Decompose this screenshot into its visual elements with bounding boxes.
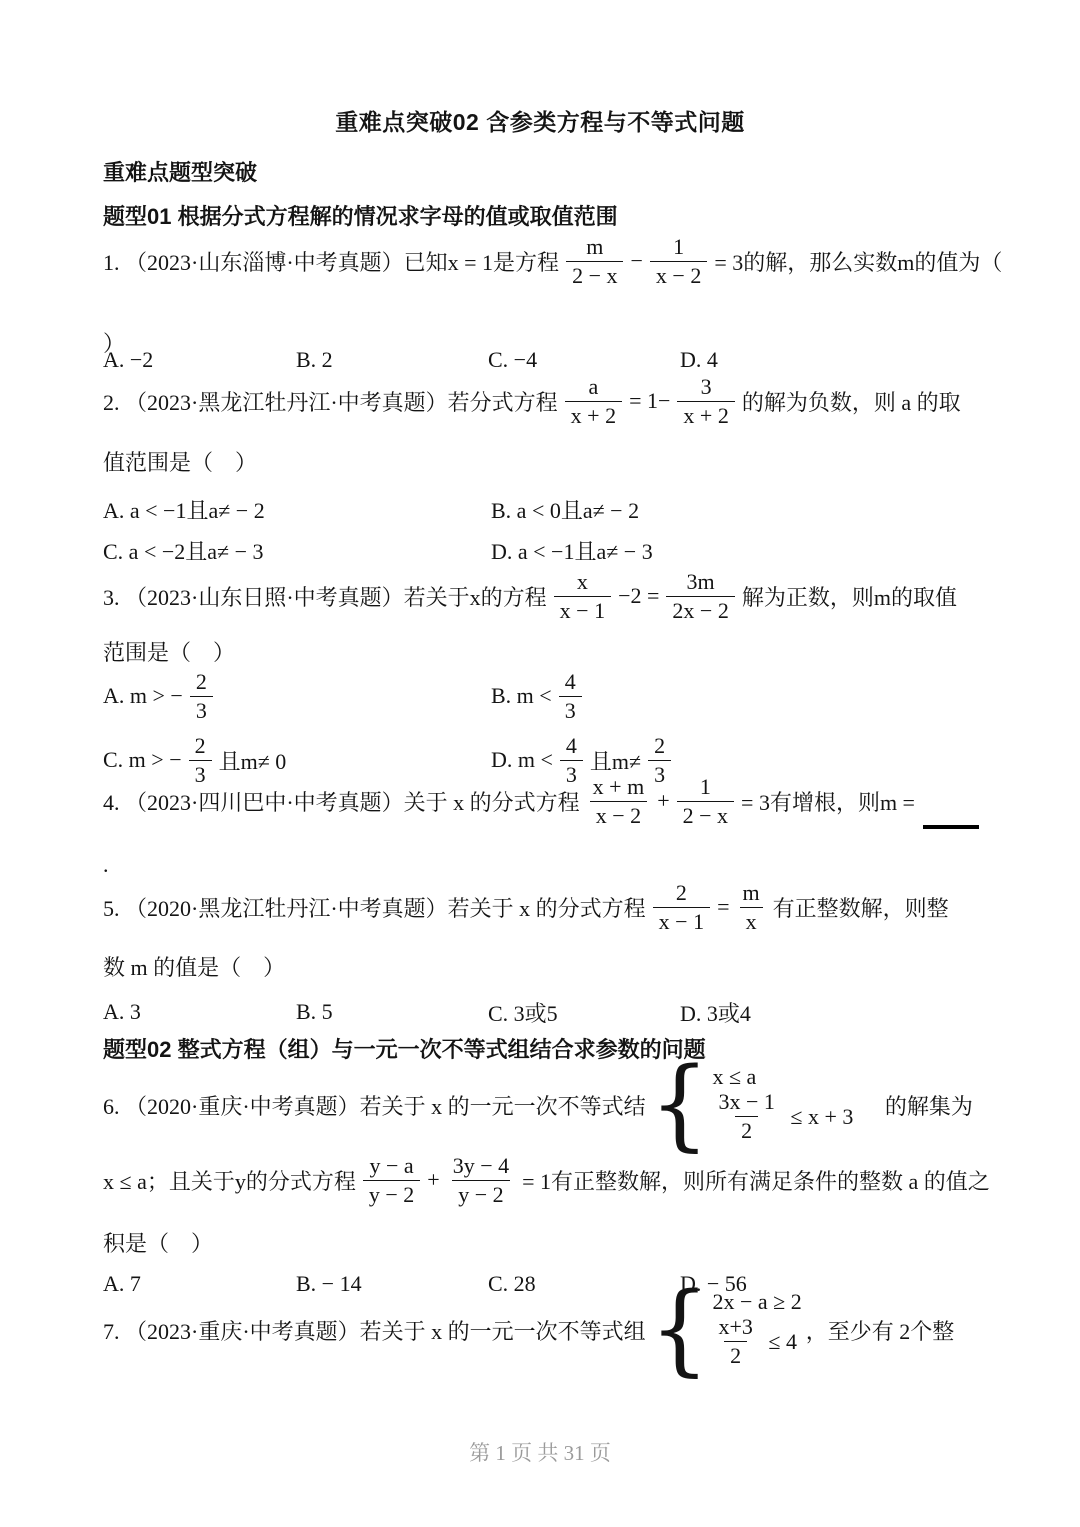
fraction-denominator: x + 2 [565, 401, 622, 430]
fraction-numerator: 3 [695, 373, 718, 401]
option-c: C. a < −2且a≠ − 3 [103, 535, 264, 565]
fraction-numerator: x + m [587, 773, 651, 801]
q2-operator: = 1− [629, 388, 670, 414]
option-d: D. 3或4 [680, 997, 751, 1027]
q7-text-1: 7. （2023·重庆·中考真题）若关于 x 的一元一次不等式组 [103, 1315, 646, 1346]
system-rows: x ≤ a 3x − 12 ≤ x + 3 [712, 1065, 853, 1145]
fraction-denominator: x [740, 907, 763, 936]
fraction-numerator: x+3 [712, 1313, 758, 1341]
option-a: A. 3 [103, 997, 141, 1027]
question-5-line-1: 5. （2020·黑龙江牡丹江·中考真题）若关于 x 的分式方程 2x − 1 … [103, 879, 949, 936]
q5-operator: = [717, 894, 729, 920]
page-title: 重难点突破02 含参类方程与不等式问题 [0, 104, 1080, 137]
q6-inequality-system: { x ≤ a 3x − 12 ≤ x + 3 [650, 1063, 854, 1148]
question-7-line-1: 7. （2023·重庆·中考真题）若关于 x 的一元一次不等式组 { 2x − … [103, 1288, 954, 1373]
q5-fraction-2: mx [737, 879, 766, 936]
system-row-2-text: ≤ 4 [763, 1330, 797, 1353]
option-d-text: D. m < [491, 747, 553, 773]
question-5-options: A. 3 B. 5 C. 3或5 D. 3或4 [103, 997, 1020, 1027]
fraction-denominator: x + 2 [677, 401, 734, 430]
fraction-numerator: 3y − 4 [447, 1152, 515, 1180]
q4-operator: + [657, 788, 669, 814]
option-c-text: C. m > − [103, 747, 182, 773]
fraction-denominator: 3 [190, 696, 213, 725]
fraction-denominator: x − 2 [650, 261, 707, 290]
answer-blank [923, 825, 979, 829]
fraction-numerator: 1 [667, 233, 690, 261]
q4-fraction-2: 12 − x [677, 773, 734, 830]
fraction-numerator: 2 [190, 668, 213, 696]
option-b: B. 2 [296, 345, 333, 375]
option-d: D. 4 [680, 345, 718, 375]
q2-text-2: 的解为负数，则 a 的取 [742, 386, 961, 417]
fraction-numerator: 2 [670, 879, 693, 907]
system-row-2: x+32 ≤ 4 [712, 1313, 797, 1370]
option-a-fraction: 23 [190, 668, 213, 725]
q5-fraction-1: 2x − 1 [653, 879, 710, 936]
q7-inequality-system: { 2x − a ≥ 2 x+32 ≤ 4 [650, 1288, 802, 1373]
q4-text-2: = 3有增根，则m = [741, 786, 915, 817]
system-row-1: x ≤ a [712, 1065, 756, 1088]
q4-text-1: 4. （2023·四川巴中·中考真题）关于 x 的分式方程 [103, 786, 580, 817]
fraction-numerator: m [737, 879, 766, 907]
fraction-numerator: 2 [648, 732, 671, 760]
section-heading: 重难点题型突破 [103, 156, 257, 187]
fraction-numerator: m [580, 233, 609, 261]
option-d-text-2: 且m≠ [590, 745, 641, 776]
option-a-text: A. m > − [103, 683, 183, 709]
fraction-numerator: 4 [560, 732, 583, 760]
page-footer: 第 1 页 共 31 页 [0, 1437, 1080, 1467]
q1-operator: − [630, 248, 642, 274]
q3-fraction-2: 3m2x − 2 [666, 568, 734, 625]
q5-text-2: 有正整数解，则整 [773, 892, 949, 923]
q2-fraction-2: 3x + 2 [677, 373, 734, 430]
q1-fraction-2: 1x − 2 [650, 233, 707, 290]
question-2-options-row-1: A. a < −1且a≠ − 2 B. a < 0且a≠ − 2 [103, 494, 1020, 524]
fraction-numerator: 1 [694, 773, 717, 801]
question-1-line-1: 1. （2023·山东淄博·中考真题）已知x = 1是方程 m2 − x − 1… [103, 233, 1002, 290]
q2-text-1: 2. （2023·黑龙江牡丹江·中考真题）若分式方程 [103, 386, 558, 417]
fraction-numerator: y − a [363, 1152, 419, 1180]
q3-text-1: 3. （2023·山东日照·中考真题）若关于x的方程 [103, 581, 547, 612]
q6-text-3: x ≤ a；且关于y的分式方程 [103, 1165, 356, 1196]
option-d: D. a < −1且a≠ − 3 [491, 535, 653, 565]
option-c-text-2: 且m≠ 0 [219, 745, 287, 776]
option-a: A. m > − 23 [103, 663, 220, 729]
option-b-text: B. m < [491, 683, 552, 709]
q6-text-2: 的解集为 [857, 1090, 973, 1121]
question-5-line-2: 数 m 的值是（ ） [103, 951, 285, 982]
fraction-numerator: 2 [189, 732, 212, 760]
left-brace: { [650, 1060, 710, 1150]
question-3-line-1: 3. （2023·山东日照·中考真题）若关于x的方程 xx − 1 −2 = 3… [103, 568, 957, 625]
q6-text-4: = 1有正整数解，则所有满足条件的整数 a 的值之 [522, 1165, 990, 1196]
question-4-line-1: 4. （2023·四川巴中·中考真题）关于 x 的分式方程 x + mx − 2… [103, 773, 979, 830]
fraction-denominator: x − 2 [590, 801, 647, 830]
fraction-denominator: x − 1 [554, 596, 611, 625]
question-6-line-3: 积是（ ） [103, 1227, 213, 1258]
q6-operator: + [427, 1167, 439, 1193]
option-b: B. 5 [296, 997, 333, 1027]
fraction-numerator: x [571, 568, 594, 596]
q7-text-2: ，至少有 2个整 [806, 1315, 955, 1346]
q1-text-1: 1. （2023·山东淄博·中考真题）已知x = 1是方程 [103, 246, 559, 277]
question-1-options: A. −2 B. 2 C. −4 D. 4 [103, 345, 1020, 375]
q3-text-2: 解为正数，则m的取值 [742, 581, 957, 612]
option-b: B. m < 43 [491, 663, 589, 729]
option-a: A. −2 [103, 345, 153, 375]
worksheet-page: 重难点突破02 含参类方程与不等式问题 重难点题型突破 题型01 根据分式方程解… [0, 0, 1080, 1527]
topic-02-heading: 题型02 整式方程（组）与一元一次不等式组结合求参数的问题 [103, 1033, 706, 1064]
system-rows: 2x − a ≥ 2 x+32 ≤ 4 [712, 1290, 801, 1370]
q2-fraction-1: ax + 2 [565, 373, 622, 430]
q3-operator: −2 = [618, 583, 659, 609]
system-row-2: 3x − 12 ≤ x + 3 [712, 1088, 853, 1145]
fraction-denominator: y − 2 [363, 1180, 420, 1209]
fraction-numerator: a [582, 373, 604, 401]
left-brace: { [650, 1285, 710, 1375]
fraction-denominator: 2 − x [677, 801, 734, 830]
question-2-options-row-2: C. a < −2且a≠ − 3 D. a < −1且a≠ − 3 [103, 535, 1020, 565]
system-row-1: 2x − a ≥ 2 [712, 1290, 801, 1313]
system-row-2-text: ≤ x + 3 [785, 1105, 853, 1128]
fraction-denominator: 2 [724, 1341, 747, 1370]
q4-fraction-1: x + mx − 2 [587, 773, 651, 830]
system-fraction: x+32 [712, 1313, 758, 1370]
system-fraction: 3x − 12 [712, 1088, 780, 1145]
option-c: C. 3或5 [488, 997, 558, 1027]
fraction-denominator: 2 − x [566, 261, 623, 290]
q3-fraction-1: xx − 1 [554, 568, 611, 625]
q6-fraction-2: 3y − 4y − 2 [447, 1152, 515, 1209]
question-3-options-row-1: A. m > − 23 B. m < 43 [103, 663, 1020, 729]
option-c: C. −4 [488, 345, 537, 375]
q6-fraction-1: y − ay − 2 [363, 1152, 420, 1209]
fraction-denominator: 2 [735, 1116, 758, 1145]
fraction-denominator: 2x − 2 [666, 596, 734, 625]
question-6-line-1: 6. （2020·重庆·中考真题）若关于 x 的一元一次不等式结 { x ≤ a… [103, 1063, 973, 1148]
fraction-denominator: y − 2 [452, 1180, 509, 1209]
topic-01-heading: 题型01 根据分式方程解的情况求字母的值或取值范围 [103, 200, 618, 231]
question-2-line-2: 值范围是（ ） [103, 446, 257, 477]
option-a: A. a < −1且a≠ − 2 [103, 494, 265, 524]
q1-text-2: = 3的解，那么实数m的值为（ [714, 246, 1002, 277]
q5-text-1: 5. （2020·黑龙江牡丹江·中考真题）若关于 x 的分式方程 [103, 892, 646, 923]
fraction-numerator: 3x − 1 [712, 1088, 780, 1116]
fraction-numerator: 3m [681, 568, 721, 596]
question-4-line-2: . [103, 852, 109, 878]
question-2-line-1: 2. （2023·黑龙江牡丹江·中考真题）若分式方程 ax + 2 = 1− 3… [103, 373, 961, 430]
q6-text-1: 6. （2020·重庆·中考真题）若关于 x 的一元一次不等式结 [103, 1090, 646, 1121]
option-b: B. a < 0且a≠ − 2 [491, 494, 639, 524]
question-6-line-2: x ≤ a；且关于y的分式方程 y − ay − 2 + 3y − 4y − 2… [103, 1152, 990, 1209]
fraction-numerator: 4 [559, 668, 582, 696]
fraction-denominator: 3 [559, 696, 582, 725]
q1-fraction-1: m2 − x [566, 233, 623, 290]
option-b-fraction: 43 [559, 668, 582, 725]
fraction-denominator: x − 1 [653, 907, 710, 936]
